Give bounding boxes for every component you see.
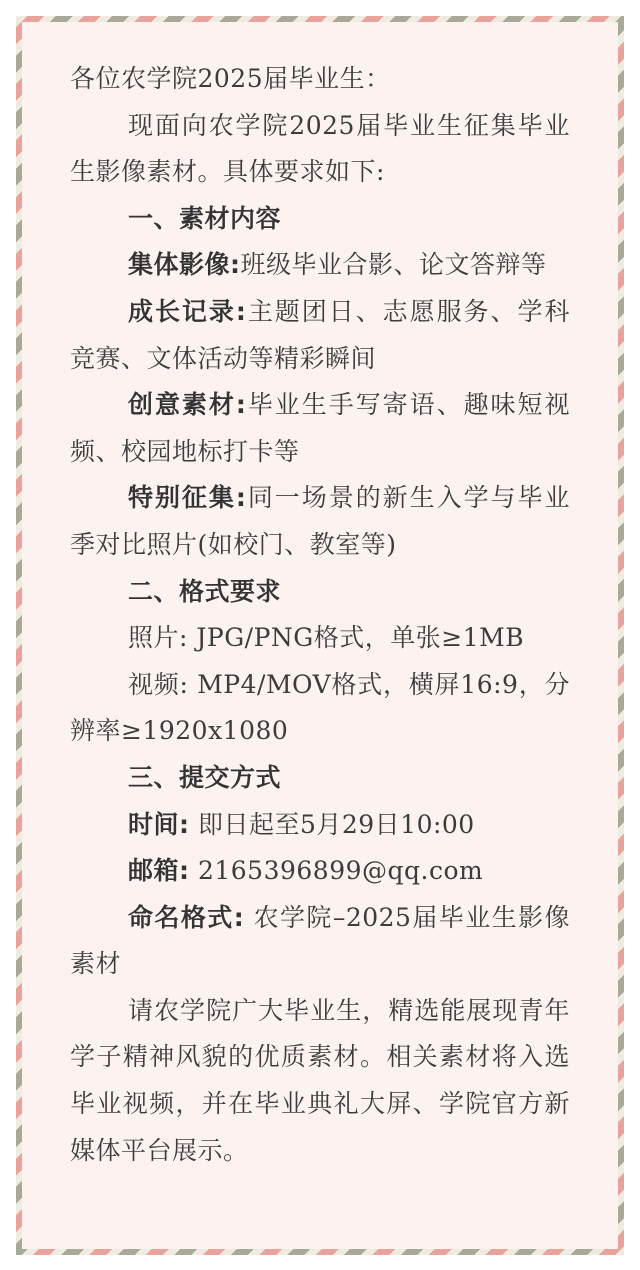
item-text: 即日起至5月29日10:00 <box>190 810 475 839</box>
section-heading-format: 二、格式要求 <box>70 569 570 616</box>
notice-content: 各位农学院2025届毕业生： 现面向农学院2025届毕业生征集毕业生影像素材。具… <box>70 56 570 1174</box>
item-label: 创意素材: <box>128 390 246 419</box>
submission-item-naming: 命名格式: 农学院–2025届毕业生影像素材 <box>70 895 570 988</box>
salutation: 各位农学院2025届毕业生： <box>70 56 570 103</box>
section-heading-content: 一、素材内容 <box>70 196 570 243</box>
submission-item-time: 时间: 即日起至5月29日10:00 <box>70 802 570 849</box>
content-item-creative: 创意素材:毕业生手写寄语、趣味短视频、校园地标打卡等 <box>70 382 570 475</box>
item-label: 时间: <box>128 810 190 839</box>
item-label: 集体影像: <box>128 250 241 279</box>
closing-paragraph: 请农学院广大毕业生，精选能展现青年学子精神风貌的优质素材。相关素材将入选毕业视频… <box>70 988 570 1174</box>
content-item-group-photos: 集体影像:班级毕业合影、论文答辩等 <box>70 242 570 289</box>
intro-paragraph: 现面向农学院2025届毕业生征集毕业生影像素材。具体要求如下: <box>70 103 570 196</box>
submission-item-email: 邮箱: 2165396899@qq.com <box>70 848 570 895</box>
item-label: 特别征集: <box>128 483 246 512</box>
format-item-photo: 照片: JPG/PNG格式，单张≥1MB <box>70 615 570 662</box>
content-item-growth-record: 成长记录:主题团日、志愿服务、学科竞赛、文体活动等精彩瞬间 <box>70 289 570 382</box>
item-label: 命名格式: <box>128 903 244 932</box>
item-text: 班级毕业合影、论文答辩等 <box>241 250 547 279</box>
content-item-special: 特别征集:同一场景的新生入学与毕业季对比照片(如校门、教室等) <box>70 475 570 568</box>
format-item-video: 视频: MP4/MOV格式，横屏16:9，分辨率≥1920x1080 <box>70 662 570 755</box>
item-label: 成长记录: <box>128 297 246 326</box>
item-label: 邮箱: <box>128 856 190 885</box>
section-heading-submission: 三、提交方式 <box>70 755 570 802</box>
email-address[interactable]: 2165396899@qq.com <box>190 856 484 885</box>
